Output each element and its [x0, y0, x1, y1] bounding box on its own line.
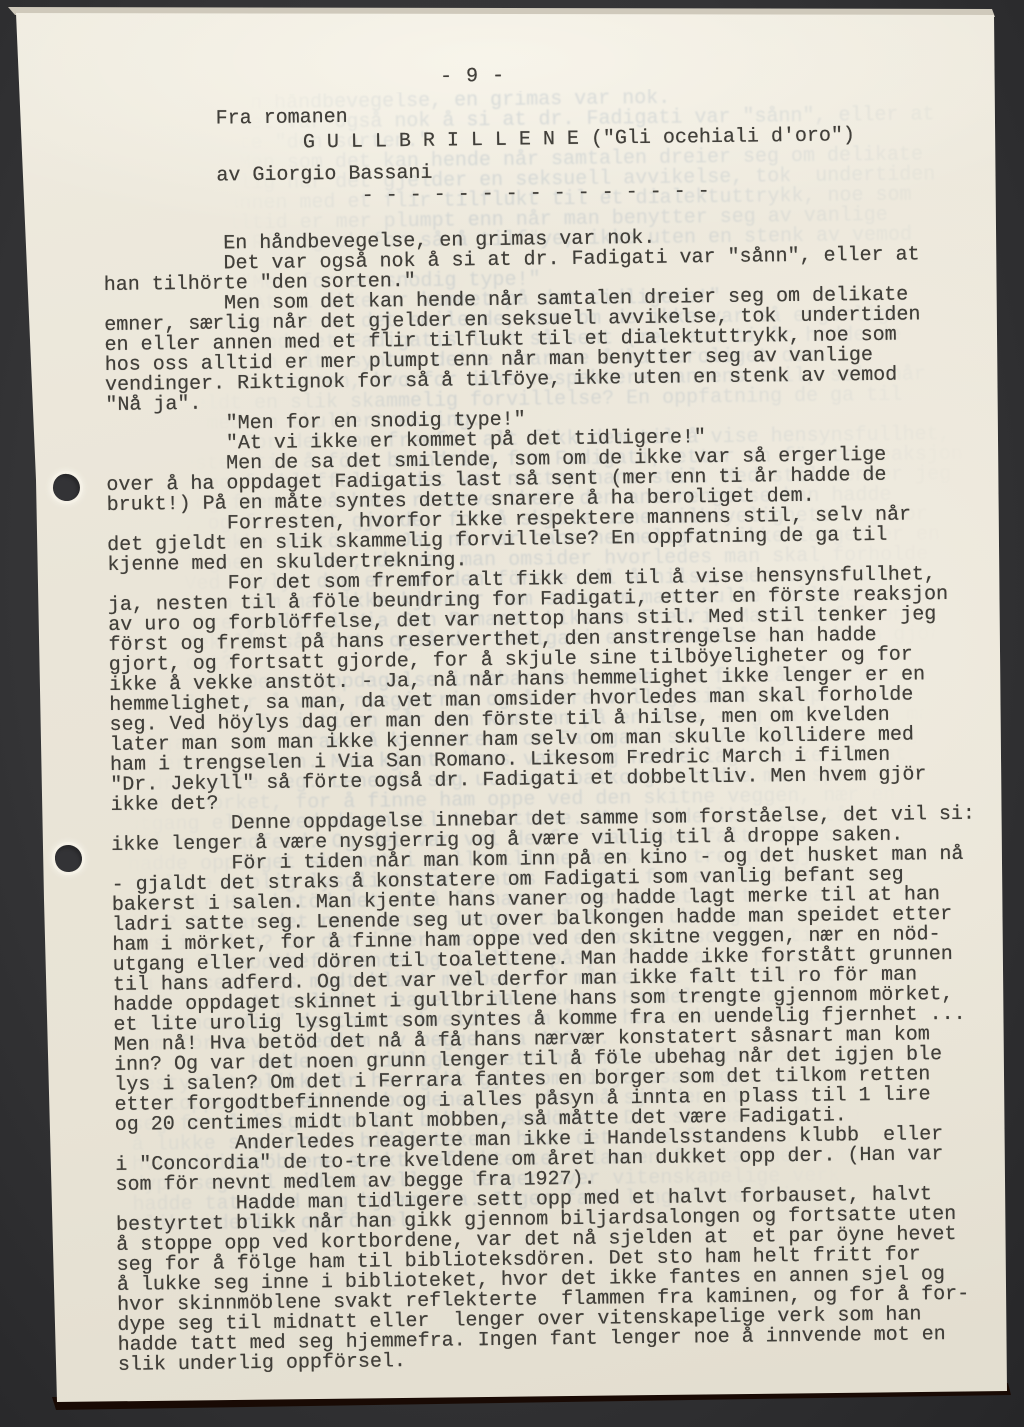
author-line: av Giorgio Bassani [216, 164, 432, 187]
source-label: Fra romanen [216, 108, 348, 130]
body-text: En håndbevegelse, en grimas var nok. Det… [103, 225, 982, 1376]
paper-sheet: En håndbevegelse, en grimas var nok. Det… [0, 0, 1024, 1427]
page-number: - 9 - [440, 67, 505, 88]
separator-line: - - - - - - - - - - - - - - - [362, 182, 710, 207]
scanned-typescript-page: En håndbevegelse, en grimas var nok. Det… [0, 0, 1024, 1427]
work-title: G U L L B R I L L E N E ("Gli ocehiali d… [303, 126, 855, 153]
typewritten-text: - 9 - Fra romanen G U L L B R I L L E N … [0, 0, 1024, 1427]
